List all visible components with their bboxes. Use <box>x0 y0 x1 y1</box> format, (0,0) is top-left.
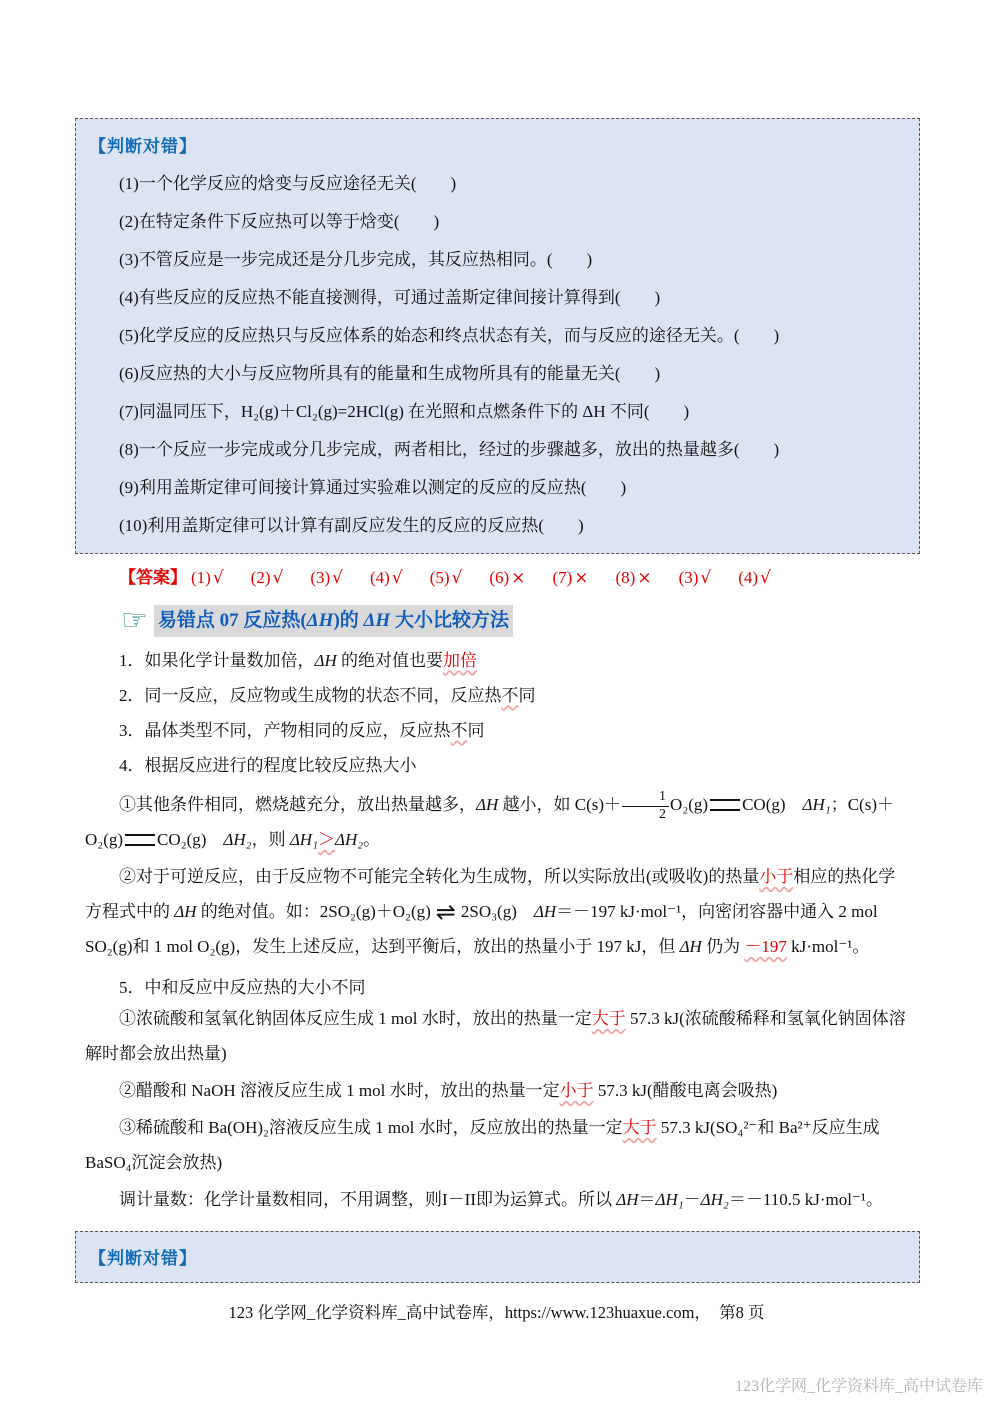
check-mark: √ <box>392 568 403 588</box>
text-run: CO₂(g) <box>157 830 223 849</box>
text-run: 的绝对值也要 <box>337 651 443 670</box>
equation-equals-icon <box>125 834 155 846</box>
answer-item: (7)× <box>552 568 588 587</box>
check-mark: √ <box>273 568 284 588</box>
answer-item: (3)√ <box>679 568 712 587</box>
answer-item: (2)√ <box>251 568 284 587</box>
answer-line: 【答案】(1)√(2)√(3)√(4)√(5)√(6)×(7)×(8)×(3)√… <box>119 566 908 590</box>
answer-number: (3) <box>310 568 330 587</box>
text-run: 同 <box>468 721 485 740</box>
paragraph-circle-1: ①其他条件相同，燃烧越充分，放出热量越多，ΔH 越小，如 C(s)＋12O₂(g… <box>85 787 908 857</box>
answer-number: (4) <box>738 568 758 587</box>
reversible-arrow-icon: ⇌ <box>436 898 456 926</box>
text-run: 。 <box>363 830 380 849</box>
text-run: ①浓硫酸和氢氧化钠固体反应生成 1 mol 水时，放出的热量一定 <box>119 1009 592 1028</box>
text-run: ②醋酸和 NaOH 溶液反应生成 1 mol 水时，放出的热量一定 <box>119 1081 560 1100</box>
answer-number: (1) <box>191 568 211 587</box>
math-term: ΔH₂ <box>335 830 363 849</box>
math-term: ΔH <box>616 1190 638 1209</box>
underlined-term: 不 <box>451 721 468 740</box>
point-2: 2．同一反应，反应物或生成物的状态不同，反应热不同 <box>119 685 908 707</box>
judgment-item: (10)利用盖斯定律可以计算有副反应发生的反应的反应热( ) <box>119 515 905 537</box>
highlighted-term: 小于 <box>560 1081 594 1100</box>
highlighted-term: 小于 <box>759 867 793 886</box>
answer-number: (3) <box>679 568 699 587</box>
paragraph-circle-2: ②对于可逆反应，由于反应物不可能完全转化为生成物，所以实际放出(或吸收)的热量小… <box>85 859 908 964</box>
text-run: 同 <box>519 686 536 705</box>
point-5-sub-2: ②醋酸和 NaOH 溶液反应生成 1 mol 水时，放出的热量一定小于 57.3… <box>85 1073 908 1108</box>
equation-equals-icon <box>710 799 740 811</box>
text-run: ，则 <box>252 830 290 849</box>
math-term: ΔH₂ <box>701 1190 729 1209</box>
math-term: ΔH <box>315 651 337 670</box>
highlighted-term: ＞ <box>318 830 335 849</box>
math-term: ΔH <box>476 795 498 814</box>
math-term: ΔH <box>174 902 196 921</box>
text-run: CO(g) <box>742 795 802 814</box>
judgment-box-2: 【判断对错】 <box>75 1231 920 1283</box>
point-1: 1．如果化学计量数加倍，ΔH 的绝对值也要加倍 <box>119 650 908 672</box>
cross-mark: × <box>511 568 525 588</box>
check-mark: √ <box>452 568 463 588</box>
cross-mark: × <box>637 568 651 588</box>
text-run: 57.3 kJ(醋酸电离会吸热) <box>594 1081 778 1100</box>
text-run: ＝－110.5 kJ·mol⁻¹。 <box>729 1190 883 1209</box>
judgment-box-2-title: 【判断对错】 <box>89 1244 905 1269</box>
math-term: ΔH₂ <box>223 830 251 849</box>
text-run: － <box>684 1190 701 1209</box>
judgment-item: (4)有些反应的反应热不能直接测得，可通过盖斯定律间接计算得到( ) <box>119 287 905 309</box>
text-run: 4．根据反应进行的程度比较反应热大小 <box>119 756 417 775</box>
cross-mark: × <box>574 568 588 588</box>
judgment-box-1: 【判断对错】 (1)一个化学反应的焓变与反应途径无关( )(2)在特定条件下反应… <box>75 118 920 554</box>
check-mark: √ <box>760 568 771 588</box>
math-term: ΔH <box>534 902 556 921</box>
judgment-item: (8)一个反应一步完成或分几步完成，两者相比，经过的步骤越多，放出的热量越多( … <box>119 439 905 461</box>
math-term: ΔH <box>364 610 391 631</box>
text-run: 大小比较方法 <box>390 610 509 631</box>
check-mark: √ <box>700 568 711 588</box>
answer-number: (8) <box>616 568 636 587</box>
point-5-sub-1: ①浓硫酸和氢氧化钠固体反应生成 1 mol 水时，放出的热量一定大于 57.3 … <box>85 1001 908 1071</box>
answer-number: (7) <box>552 568 572 587</box>
math-term: ΔH₁ <box>656 1190 684 1209</box>
watermark: 123化学网_化学资料库_高中试卷库 <box>735 1373 983 1396</box>
judgment-item: (2)在特定条件下反应热可以等于焓变( ) <box>119 211 905 233</box>
underlined-term: 不 <box>502 686 519 705</box>
text-run: 易错点 07 反应热( <box>158 610 307 631</box>
point-5: 5．中和反应中反应热的大小不同 <box>119 977 908 999</box>
answer-item: (8)× <box>616 568 652 587</box>
math-term: ΔH₁ <box>290 830 318 849</box>
document-page: 【判断对错】 (1)一个化学反应的焓变与反应途径无关( )(2)在特定条件下反应… <box>0 0 993 1323</box>
math-term: ΔH <box>680 937 702 956</box>
judgment-item: (1)一个化学反应的焓变与反应途径无关( ) <box>119 173 905 195</box>
answer-item: (4)√ <box>370 568 403 587</box>
text-run: 调计量数：化学计量数相同，不用调整，则I－II即为运算式。所以 <box>119 1190 616 1209</box>
text-run: O₂(g) <box>670 795 708 814</box>
judgment-box-title: 【判断对错】 <box>89 132 905 157</box>
highlighted-term: 加倍 <box>443 651 477 670</box>
highlighted-term: －197 <box>744 937 787 956</box>
answer-number: (2) <box>251 568 271 587</box>
judgment-item: (9)利用盖斯定律可间接计算通过实验难以测定的反应的反应热( ) <box>119 477 905 499</box>
check-mark: √ <box>332 568 343 588</box>
answer-item: (3)√ <box>310 568 343 587</box>
point-4: 4．根据反应进行的程度比较反应热大小 <box>119 755 908 777</box>
text-run: 2SO₃(g) <box>461 902 534 921</box>
pointing-hand-icon: ☞ <box>121 606 148 636</box>
paragraph-coefficient-note: 调计量数：化学计量数相同，不用调整，则I－II即为运算式。所以 ΔH＝ΔH₁－Δ… <box>85 1182 908 1217</box>
text-run: 的绝对值。如：2SO₂(g)＋O₂(g) <box>197 902 431 921</box>
judgment-item: (5)化学反应的反应热只与反应体系的始态和终点状态有关，而与反应的途径无关。( … <box>119 325 905 347</box>
judgment-item: (3)不管反应是一步完成还是分几步完成，其反应热相同。( ) <box>119 249 905 271</box>
answer-item-list: (1)√(2)√(3)√(4)√(5)√(6)×(7)×(8)×(3)√(4)√ <box>191 568 798 587</box>
answer-number: (5) <box>430 568 450 587</box>
math-term: ΔH <box>307 610 334 631</box>
fraction-numerator: 1 <box>622 790 669 807</box>
page-footer: 123 化学网_化学资料库_高中试卷库，https://www.123huaxu… <box>85 1299 908 1323</box>
check-mark: √ <box>213 568 224 588</box>
text-run: ③稀硫酸和 Ba(OH)₂溶液反应生成 1 mol 水时，反应放出的热量一定 <box>119 1118 623 1137</box>
answer-number: (4) <box>370 568 390 587</box>
answer-item: (6)× <box>489 568 525 587</box>
answer-item: (4)√ <box>738 568 771 587</box>
answer-item: (5)√ <box>430 568 463 587</box>
math-term: ΔH₁ <box>803 795 831 814</box>
section-heading: ☞ 易错点 07 反应热(ΔH)的 ΔH 大小比较方法 <box>121 605 908 637</box>
text-run: ②对于可逆反应，由于反应物不可能完全转化为生成物，所以实际放出(或吸收)的热量 <box>119 867 759 886</box>
answer-label: 【答案】 <box>119 568 187 587</box>
text-run: 1．如果化学计量数加倍， <box>119 651 315 670</box>
section-heading-text: 易错点 07 反应热(ΔH)的 ΔH 大小比较方法 <box>154 605 513 637</box>
text-run: 5．中和反应中反应热的大小不同 <box>119 978 366 997</box>
answer-number: (6) <box>489 568 509 587</box>
highlighted-term: 大于 <box>623 1118 657 1137</box>
text-run: 3．晶体类型不同，产物相同的反应，反应热 <box>119 721 451 740</box>
judgment-item: (6)反应热的大小与反应物所具有的能量和生成物所具有的能量无关( ) <box>119 363 905 385</box>
highlighted-term: 大于 <box>592 1009 626 1028</box>
text-run: kJ·mol⁻¹。 <box>787 937 870 956</box>
fraction-denominator: 2 <box>622 807 669 823</box>
answer-item: (1)√ <box>191 568 224 587</box>
text-run: 越小，如 C(s)＋ <box>498 795 621 814</box>
text-run: ＝ <box>639 1190 656 1209</box>
fraction-one-half: 12 <box>622 790 669 822</box>
point-5-sub-3: ③稀硫酸和 Ba(OH)₂溶液反应生成 1 mol 水时，反应放出的热量一定大于… <box>85 1110 908 1180</box>
point-3: 3．晶体类型不同，产物相同的反应，反应热不同 <box>119 720 908 742</box>
judgment-item-list: (1)一个化学反应的焓变与反应途径无关( )(2)在特定条件下反应热可以等于焓变… <box>89 173 905 537</box>
text-run: 仍为 <box>702 937 745 956</box>
text-run: 2．同一反应，反应物或生成物的状态不同，反应热 <box>119 686 502 705</box>
judgment-item: (7)同温同压下，H₂(g)＋Cl₂(g)=2HCl(g) 在光照和点燃条件下的… <box>119 401 905 423</box>
text-run: ①其他条件相同，燃烧越充分，放出热量越多， <box>119 795 476 814</box>
text-run: )的 <box>333 610 363 631</box>
